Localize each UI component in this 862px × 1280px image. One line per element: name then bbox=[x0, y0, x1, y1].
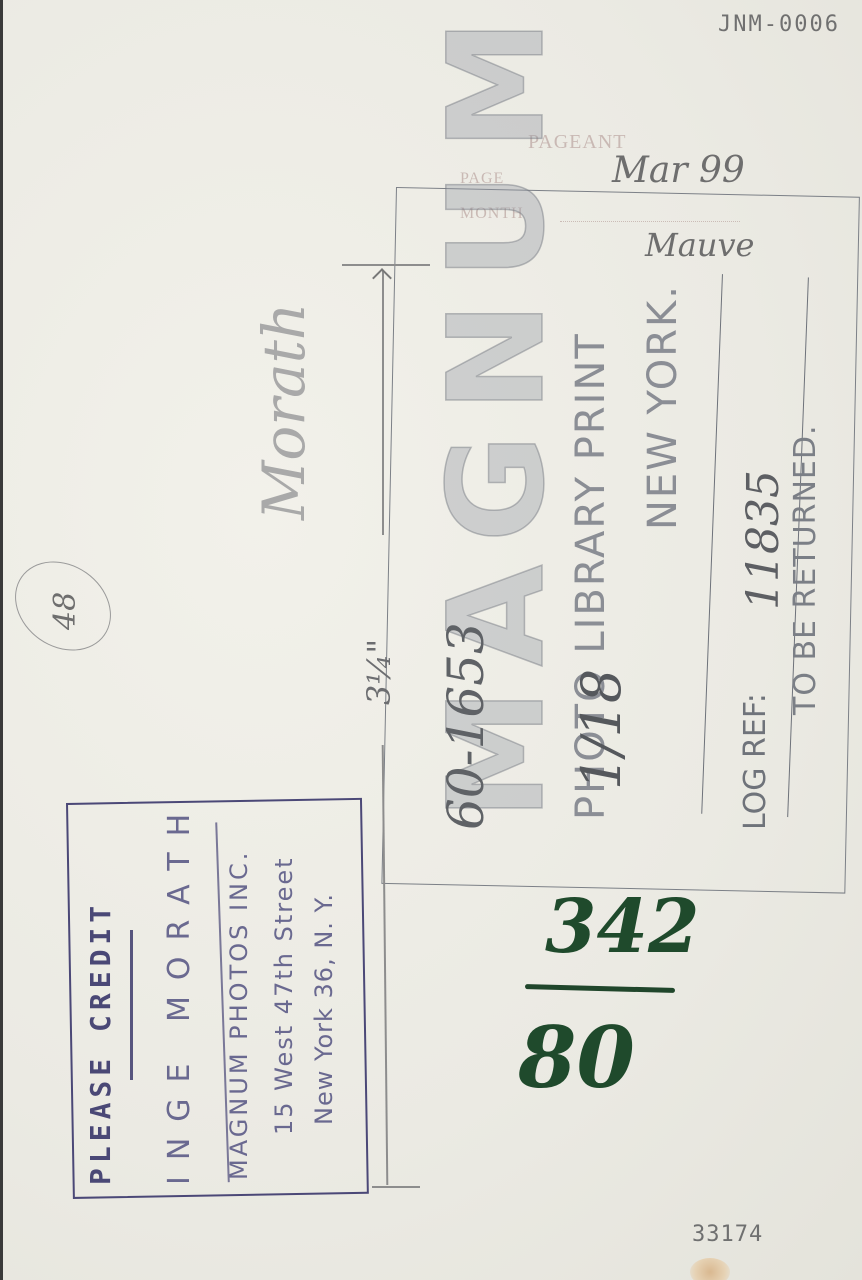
crop-arrow-shaft bbox=[382, 270, 384, 535]
return-notice: TO BE RETURNED. bbox=[788, 424, 823, 715]
green-numerator: 342 bbox=[545, 884, 699, 970]
page-value: Mar 99 bbox=[612, 150, 745, 191]
scan-edge bbox=[0, 0, 3, 1280]
crop-mark-bottom bbox=[372, 1186, 420, 1188]
paper-stain bbox=[690, 1258, 730, 1280]
address-line-2: New York 36, N. Y. bbox=[310, 893, 338, 1125]
size-mark: 3¼" bbox=[360, 639, 398, 705]
please-credit-heading: PLEASE CREDIT bbox=[84, 901, 117, 1185]
agency-name: MAGNUM PHOTOS INC. bbox=[225, 850, 253, 1180]
address-line-1: 15 West 47th Street bbox=[270, 856, 298, 1135]
photographer-name: INGE MORATH bbox=[162, 798, 197, 1185]
circled-number: 48 bbox=[48, 592, 83, 630]
log-ref-value: 11835 bbox=[738, 470, 789, 610]
credit-underline bbox=[130, 930, 133, 1080]
print-code: 1/18 bbox=[570, 669, 633, 790]
catalog-id: JNM-0006 bbox=[718, 12, 840, 37]
new-york-label: NEW YORK. bbox=[640, 284, 686, 530]
sheet-code: 60-1653 bbox=[437, 622, 495, 830]
archive-number: 33174 bbox=[692, 1222, 763, 1247]
crop-mark-top bbox=[342, 264, 430, 266]
green-denominator: 80 bbox=[518, 1008, 635, 1107]
photographer-signature: Morath bbox=[250, 303, 318, 520]
log-ref-label: LOG REF: bbox=[738, 693, 773, 830]
